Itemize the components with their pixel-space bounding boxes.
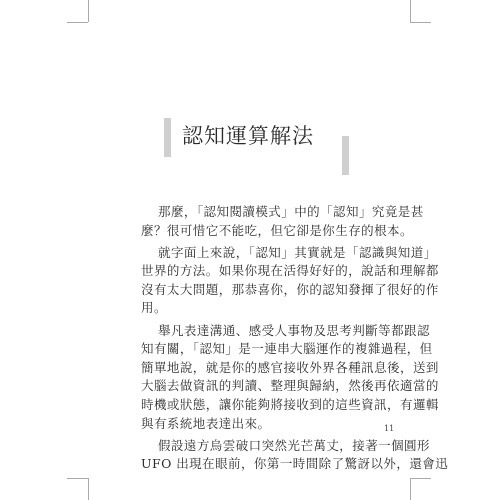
crop-mark-bottom-right-vertical	[410, 478, 411, 500]
paragraph-4: 假設遠方烏雲破口突然光芒萬丈，接著一個圓形 UFO 出現在眼前，你第一時間除了驚…	[141, 437, 363, 474]
text-line: 與有系統地表達出來。	[141, 415, 363, 434]
crop-mark-top-left-horizontal	[67, 22, 88, 23]
text-line: 麼？很可惜它不能吃，但它卻是你生存的根本。	[141, 222, 363, 241]
text-line: 簡單地說，就是你的感官接收外界各種訊息後，送到	[141, 359, 363, 378]
crop-mark-top-left-vertical	[88, 0, 89, 22]
text-line: 世界的方法。如果你現在活得好好的，說話和理解都	[141, 262, 363, 281]
text-line: 知有關，「認知」是一連串大腦運作的複雜過程，但	[141, 340, 363, 359]
crop-mark-bottom-left-vertical	[88, 478, 89, 500]
crop-mark-bottom-right-horizontal	[410, 478, 431, 479]
crop-mark-bottom-left-horizontal	[67, 478, 88, 479]
chapter-title: 認知運算解法	[182, 122, 332, 150]
text-line: 時機或狀態，讓你能夠將接收到的這些資訊，有邏輯	[141, 396, 363, 415]
body-text: 那麼，「認知閱讀模式」中的「認知」究竟是甚 麼？很可惜它不能吃，但它卻是你生存的…	[141, 203, 363, 477]
text-line: 用。	[141, 299, 363, 318]
text-line: 就字面上來說，「認知」其實就是「認識與知道」	[141, 244, 363, 263]
crop-mark-top-right-vertical	[410, 0, 411, 22]
paragraph-3: 舉凡表達溝通、感受人事物及思考判斷等都跟認 知有關，「認知」是一連串大腦運作的複…	[141, 322, 363, 434]
paragraph-1: 那麼，「認知閱讀模式」中的「認知」究竟是甚 麼？很可惜它不能吃，但它卻是你生存的…	[141, 203, 363, 240]
title-bar-right	[342, 136, 349, 175]
paragraph-2: 就字面上來說，「認知」其實就是「認識與知道」 世界的方法。如果你現在活得好好的，…	[141, 244, 363, 318]
title-bar-left	[164, 118, 171, 157]
text-line: 沒有太大問題，那恭喜你，你的認知發揮了很好的作	[141, 281, 363, 300]
text-line: 大腦去做資訊的判讀、整理與歸納，然後再依適當的	[141, 377, 363, 396]
text-line: UFO 出現在眼前，你第一時間除了驚訝以外，還會迅	[141, 455, 363, 474]
text-line: 舉凡表達溝通、感受人事物及思考判斷等都跟認	[141, 322, 363, 341]
text-line: 那麼，「認知閱讀模式」中的「認知」究竟是甚	[141, 203, 363, 222]
crop-mark-top-right-horizontal	[410, 22, 431, 23]
page-number: 11	[384, 424, 394, 433]
text-line: 假設遠方烏雲破口突然光芒萬丈，接著一個圓形	[141, 437, 363, 456]
